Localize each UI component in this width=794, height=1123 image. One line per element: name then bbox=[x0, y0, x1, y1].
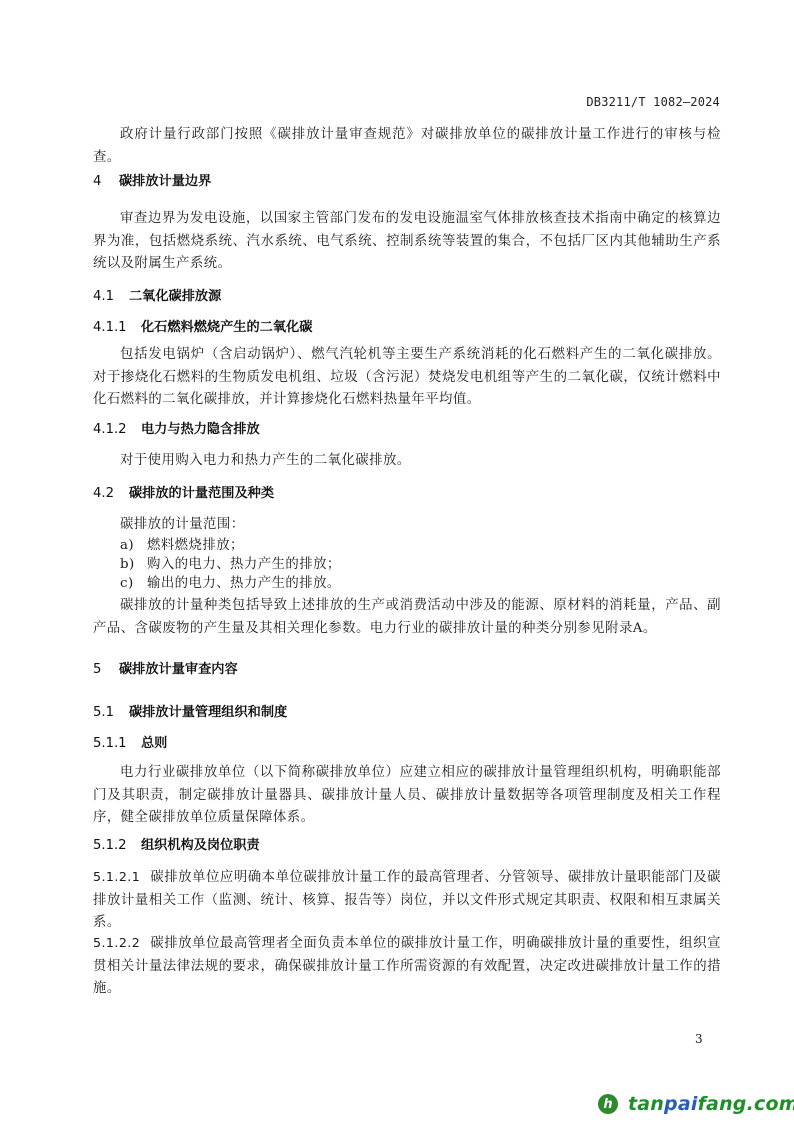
section-title: 化石燃料燃烧产生的二氧化碳 bbox=[141, 320, 312, 335]
list-item: c)输出的电力、热力产生的排放。 bbox=[93, 574, 721, 593]
clause-number: 5.1.2.1 bbox=[93, 869, 140, 884]
scope-list: a)燃料燃烧排放； b)购入的电力、热力产生的排放； c)输出的电力、热力产生的… bbox=[93, 536, 721, 593]
watermark: h tanpaifang.com bbox=[598, 1090, 794, 1118]
section-title: 碳排放的计量范围及种类 bbox=[129, 486, 274, 501]
section-title: 碳排放计量边界 bbox=[119, 174, 211, 189]
clause-text: 碳排放单位最高管理者全面负责本单位的碳排放计量工作，明确碳排放计量的重要性，组织… bbox=[93, 936, 721, 996]
watermark-text-part: tan bbox=[628, 1093, 664, 1115]
section-4-paragraph: 审查边界为发电设施，以国家主管部门发布的发电设施温室气体排放核查技术指南中确定的… bbox=[93, 208, 721, 276]
section-5-1-1-heading: 5.1.1总则 bbox=[93, 734, 721, 754]
section-5-1-1-paragraph: 电力行业碳排放单位（以下简称碳排放单位）应建立相应的碳排放计量管理组织机构，明确… bbox=[93, 762, 721, 830]
section-title: 二氧化碳排放源 bbox=[129, 289, 221, 304]
section-title: 组织机构及岗位职责 bbox=[141, 838, 260, 853]
clause-5-1-2-1: 5.1.2.1碳排放单位应明确本单位碳排放计量工作的最高管理者、分管领导、碳排放… bbox=[93, 866, 721, 935]
section-4-heading: 4碳排放计量边界 bbox=[93, 172, 721, 192]
section-title: 碳排放计量审查内容 bbox=[119, 662, 238, 677]
tanpaifang-logo-icon: h bbox=[598, 1094, 618, 1114]
section-4-1-2-heading: 4.1.2电力与热力隐含排放 bbox=[93, 420, 721, 440]
section-4-1-1-paragraph: 包括发电锅炉（含启动锅炉）、燃气汽轮机等主要生产系统消耗的化石燃料产生的二氧化碳… bbox=[93, 344, 721, 412]
section-title: 碳排放计量管理组织和制度 bbox=[129, 705, 287, 720]
section-number: 5 bbox=[93, 660, 119, 680]
watermark-text: tanpaifang.com bbox=[628, 1093, 794, 1115]
list-item-text: 输出的电力、热力产生的排放。 bbox=[147, 576, 341, 591]
section-number: 5.1.2 bbox=[93, 836, 141, 856]
section-title: 总则 bbox=[141, 736, 167, 751]
intro-paragraph: 政府计量行政部门按照《碳排放计量审查规范》对碳排放单位的碳排放计量工作进行的审核… bbox=[93, 124, 721, 169]
watermark-text-part: fang.com bbox=[698, 1093, 794, 1115]
section-number: 4 bbox=[93, 172, 119, 192]
clause-5-1-2-2: 5.1.2.2碳排放单位最高管理者全面负责本单位的碳排放计量工作，明确碳排放计量… bbox=[93, 932, 721, 1001]
list-marker: c) bbox=[120, 574, 147, 593]
clause-number: 5.1.2.2 bbox=[93, 935, 140, 950]
section-4-2-lead: 碳排放的计量范围： bbox=[93, 514, 721, 537]
section-4-1-heading: 4.1二氧化碳排放源 bbox=[93, 287, 721, 307]
section-5-heading: 5碳排放计量审查内容 bbox=[93, 660, 721, 680]
page-number: 3 bbox=[695, 1032, 703, 1046]
section-4-1-1-heading: 4.1.1化石燃料燃烧产生的二氧化碳 bbox=[93, 318, 721, 338]
watermark-text-part: pai bbox=[664, 1093, 698, 1115]
section-5-1-heading: 5.1碳排放计量管理组织和制度 bbox=[93, 703, 721, 723]
section-number: 4.1 bbox=[93, 287, 129, 307]
section-number: 4.1.1 bbox=[93, 318, 141, 338]
clause-text: 碳排放单位应明确本单位碳排放计量工作的最高管理者、分管领导、碳排放计量职能部门及… bbox=[93, 870, 721, 930]
list-item: b)购入的电力、热力产生的排放； bbox=[93, 555, 721, 574]
list-marker: b) bbox=[120, 555, 147, 574]
list-item-text: 燃料燃烧排放； bbox=[147, 538, 244, 553]
section-4-2-paragraph: 碳排放的计量种类包括导致上述排放的生产或消费活动中涉及的能源、原材料的消耗量，产… bbox=[93, 595, 721, 640]
section-number: 4.2 bbox=[93, 484, 129, 504]
list-item: a)燃料燃烧排放； bbox=[93, 536, 721, 555]
section-5-1-2-heading: 5.1.2组织机构及岗位职责 bbox=[93, 836, 721, 856]
document-page: DB3211/T 1082—2024 政府计量行政部门按照《碳排放计量审查规范》… bbox=[0, 0, 794, 1123]
list-item-text: 购入的电力、热力产生的排放； bbox=[147, 557, 341, 572]
section-number: 5.1.1 bbox=[93, 734, 141, 754]
section-number: 5.1 bbox=[93, 703, 129, 723]
section-number: 4.1.2 bbox=[93, 420, 141, 440]
section-4-2-heading: 4.2碳排放的计量范围及种类 bbox=[93, 484, 721, 504]
document-code: DB3211/T 1082—2024 bbox=[586, 95, 720, 109]
list-marker: a) bbox=[120, 536, 147, 555]
section-4-1-2-paragraph: 对于使用购入电力和热力产生的二氧化碳排放。 bbox=[93, 450, 721, 473]
section-title: 电力与热力隐含排放 bbox=[141, 422, 260, 437]
